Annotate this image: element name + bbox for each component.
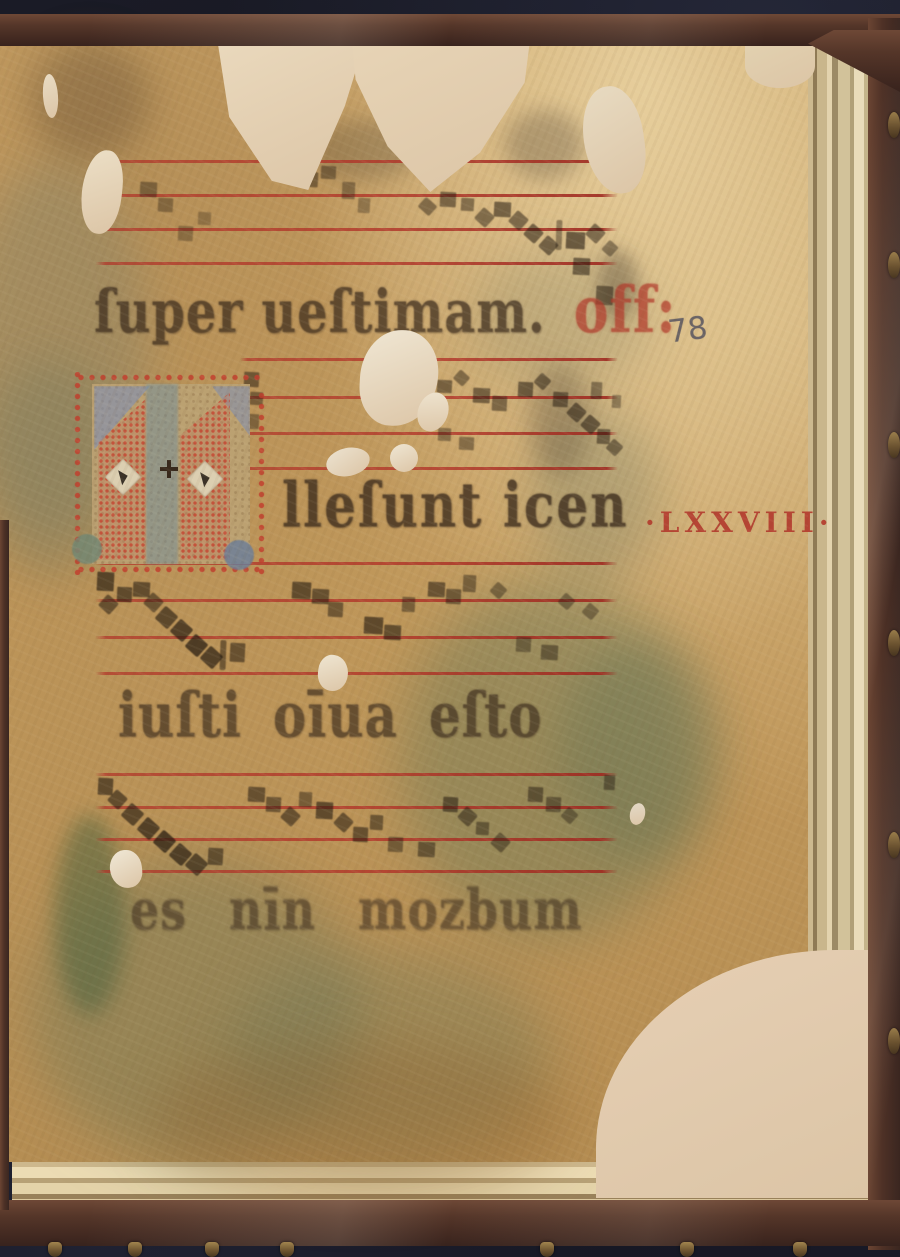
binding-stud-icon [383, 0, 397, 18]
binding-stud-icon [645, 0, 659, 18]
binding-stud-icon [101, 0, 115, 18]
binding-stud-icon [793, 1242, 807, 1257]
photo-of-bound-manuscript: ſuper ueſtimam. off: lleſunt icen iuſti … [0, 0, 900, 1257]
binding-stud-icon [771, 0, 785, 18]
binding-stud-icon [540, 1242, 554, 1257]
binding-stud-icon [888, 432, 900, 458]
binding-stud-icon [888, 112, 900, 138]
binding-stud-icon [48, 1242, 62, 1257]
binding-stud-icon [888, 832, 900, 858]
binding-stud-icon [205, 1242, 219, 1257]
binding-stud-icon [280, 1242, 294, 1257]
binding-stud-icon [680, 1242, 694, 1257]
binding-stud-icon [128, 1242, 142, 1257]
binding-stud-icon [251, 0, 265, 18]
binding-stud-icon [888, 252, 900, 278]
binding-studs [0, 0, 900, 1257]
binding-stud-icon [888, 1028, 900, 1054]
binding-stud-icon [888, 630, 900, 656]
binding-stud-icon [518, 0, 532, 18]
